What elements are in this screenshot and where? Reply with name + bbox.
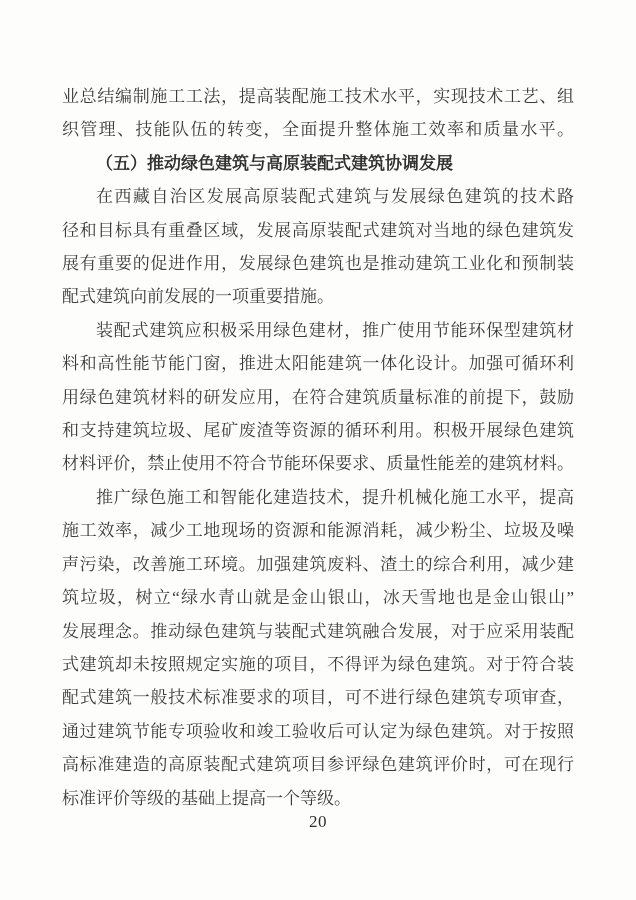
text-line: 推广绿色施工和智能化建造技术，提升机械化施工水平，提高: [62, 481, 574, 514]
text-line: 配式建筑向前发展的一项重要措施。: [62, 280, 574, 313]
text-line: 装配式建筑应积极采用绿色建材，推广使用节能环保型建筑材: [62, 314, 574, 347]
page-number: 20: [0, 811, 636, 833]
text-line: 声污染，改善施工环境。加强建筑废料、渣土的综合利用，减少建: [62, 548, 574, 581]
text-line: 标准评价等级的基础上提高一个等级。: [62, 782, 574, 815]
text-line: 筑垃圾，树立“绿水青山就是金山银山，冰天雪地也是金山银山”: [62, 581, 574, 614]
text-line: 用绿色建筑材料的研发应用，在符合建筑质量标准的前提下，鼓励: [62, 381, 574, 414]
text-line: 织管理、技能队伍的转变，全面提升整体施工效率和质量水平。: [62, 113, 574, 146]
page-body: 业总结编制施工工法，提高装配施工技术水平，实现技术工艺、组 织管理、技能队伍的转…: [62, 80, 574, 815]
text-line: 材料评价，禁止使用不符合节能环保要求、质量性能差的建筑材料。: [62, 447, 574, 480]
text-line: 料和高性能节能门窗，推进太阳能建筑一体化设计。加强可循环利: [62, 347, 574, 380]
text-line: 配式建筑一般技术标准要求的项目，可不进行绿色建筑专项审查，: [62, 681, 574, 714]
text-line: 施工效率，减少工地现场的资源和能源消耗，减少粉尘、垃圾及噪: [62, 514, 574, 547]
text-line: 高标准建造的高原装配式建筑项目参评绿色建筑评价时，可在现行: [62, 748, 574, 781]
document-page: 业总结编制施工工法，提高装配施工技术水平，实现技术工艺、组 织管理、技能队伍的转…: [0, 0, 636, 900]
text-line: 展有重要的促进作用，发展绿色建筑也是推动建筑工业化和预制装: [62, 247, 574, 280]
text-line: 通过建筑节能专项验收和竣工验收后可认定为绿色建筑。对于按照: [62, 715, 574, 748]
text-line: 式建筑却未按照规定实施的项目，不得评为绿色建筑。对于符合装: [62, 648, 574, 681]
text-line: 业总结编制施工工法，提高装配施工技术水平，实现技术工艺、组: [62, 80, 574, 113]
text-line: 径和目标具有重叠区域，发展高原装配式建筑对当地的绿色建筑发: [62, 214, 574, 247]
text-line: 和支持建筑垃圾、尾矿废渣等资源的循环利用。积极开展绿色建筑: [62, 414, 574, 447]
section-heading: （五）推动绿色建筑与高原装配式建筑协调发展: [62, 147, 574, 180]
text-line: 在西藏自治区发展高原装配式建筑与发展绿色建筑的技术路: [62, 180, 574, 213]
text-line: 发展理念。推动绿色建筑与装配式建筑融合发展，对于应采用装配: [62, 615, 574, 648]
